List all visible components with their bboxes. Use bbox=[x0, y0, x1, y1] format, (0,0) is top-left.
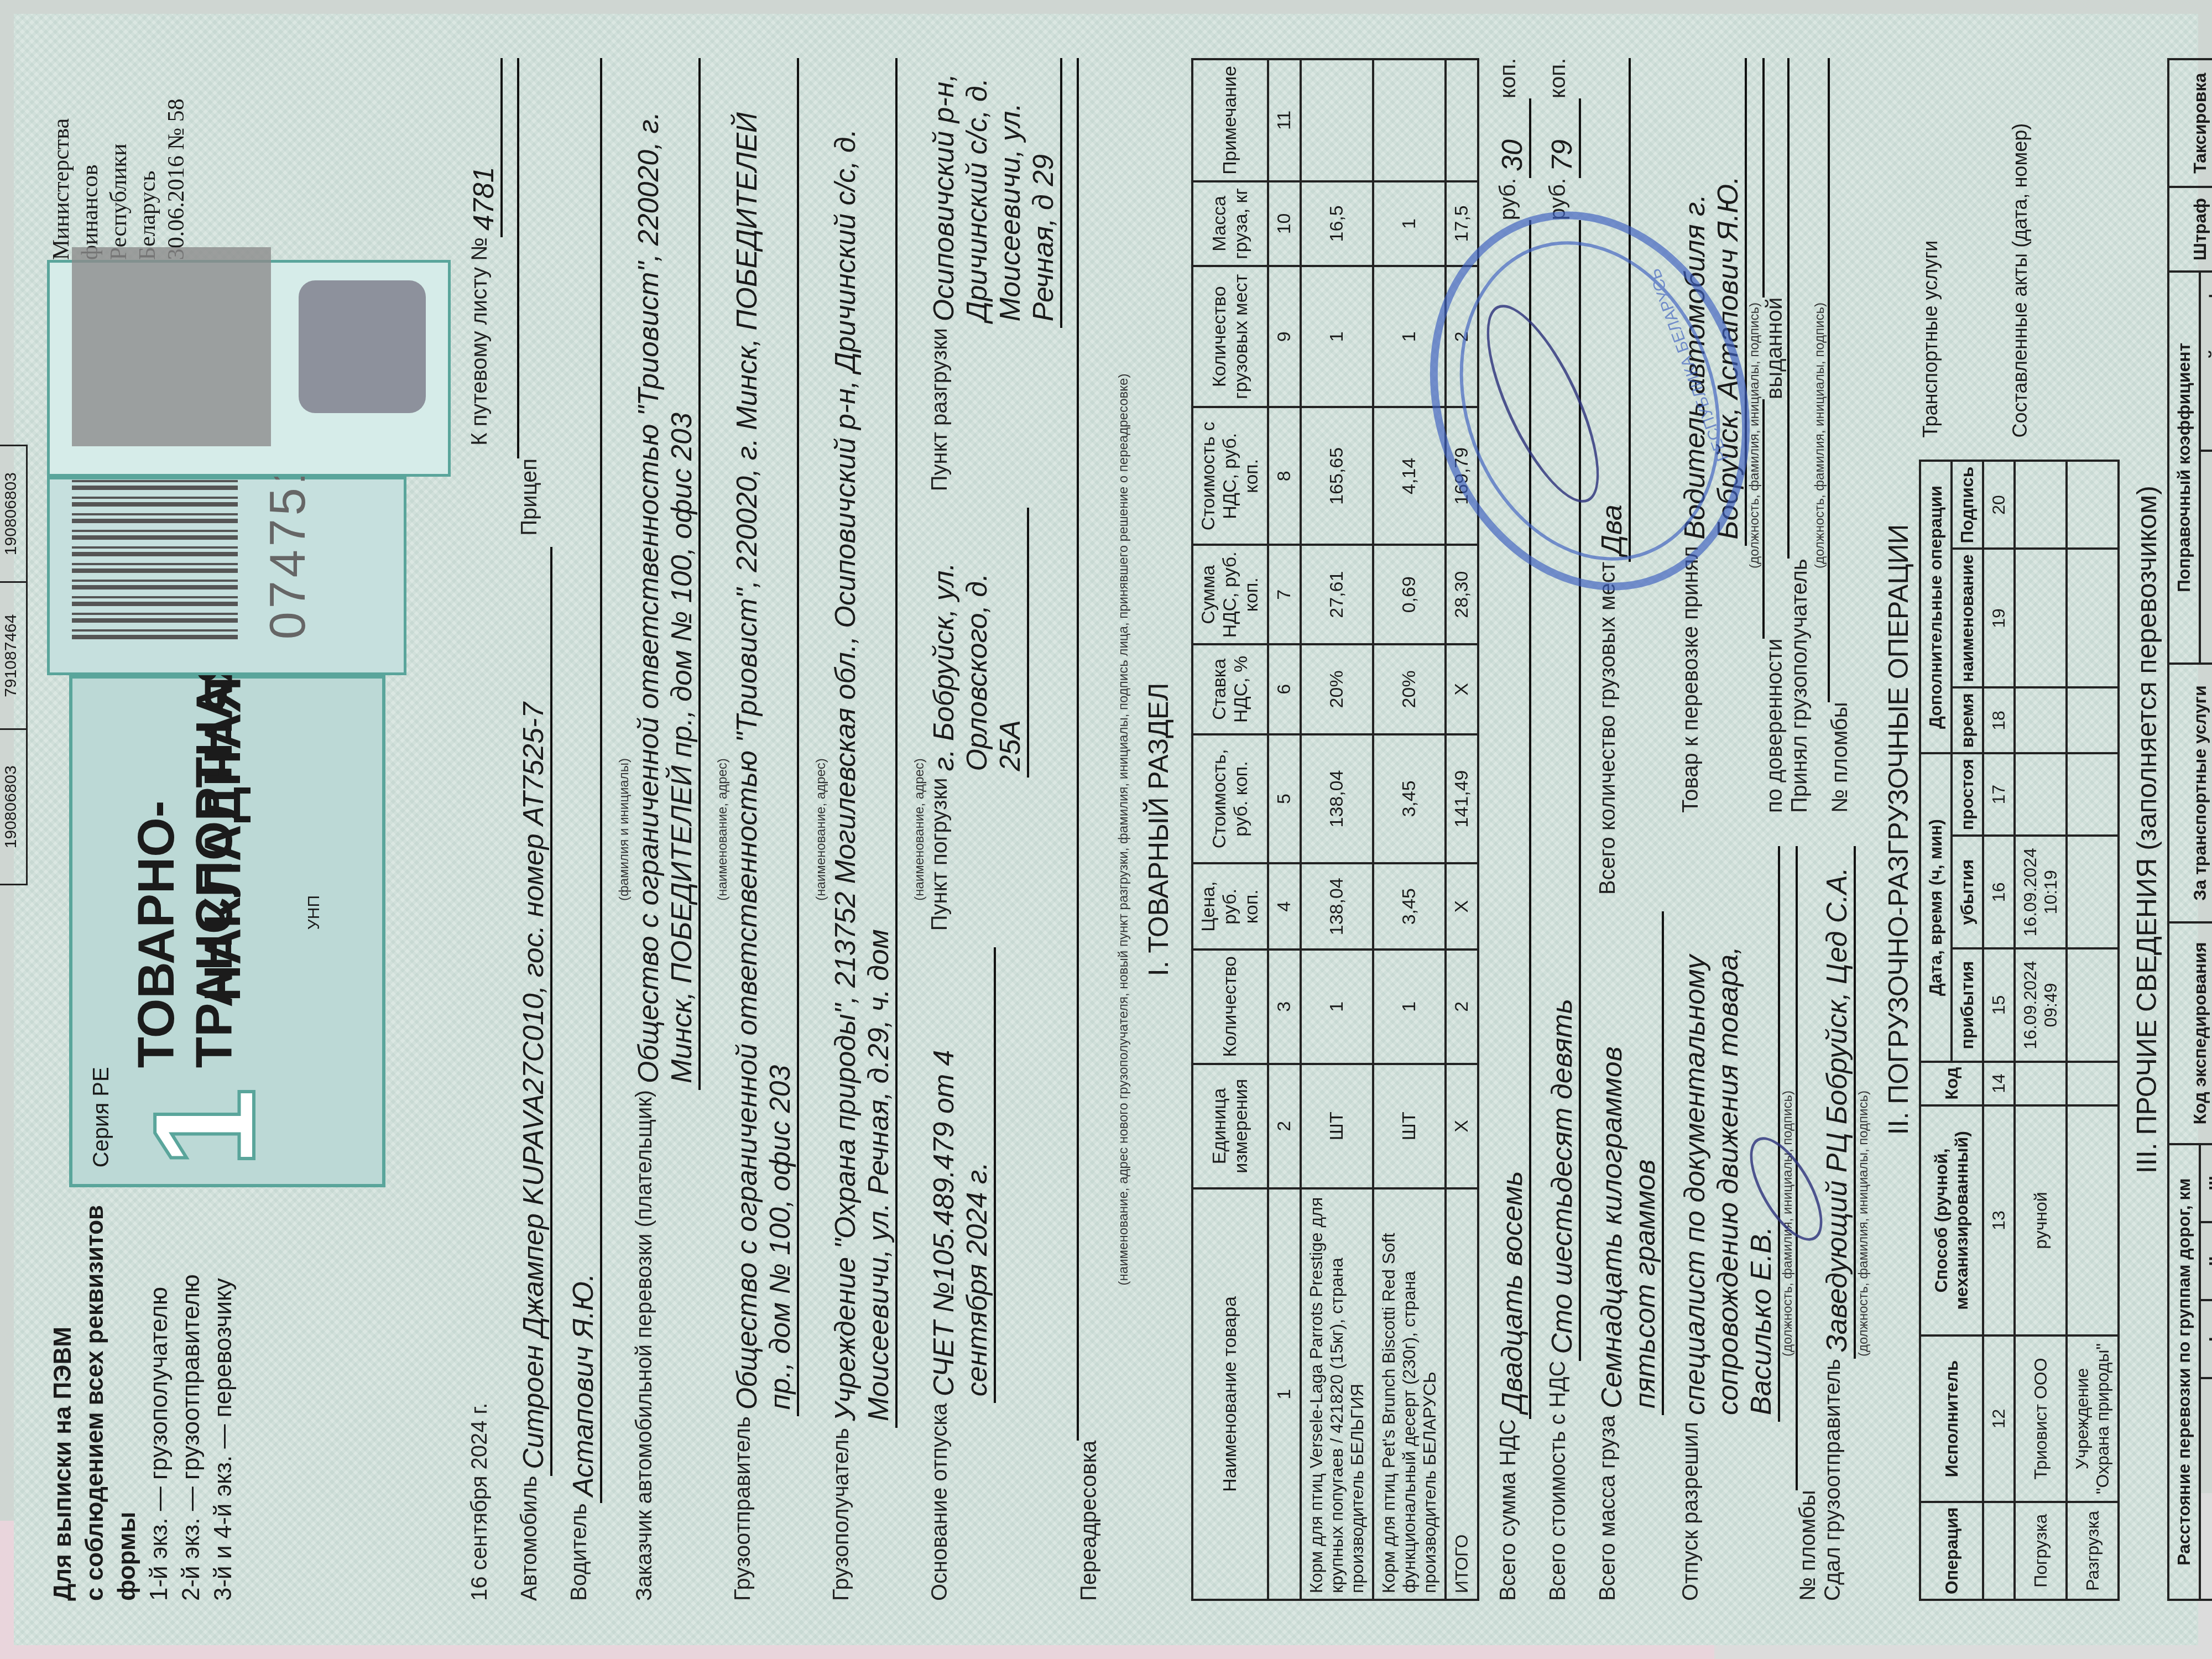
copy-note-2: 2-й экз. — грузоотправителю bbox=[175, 1187, 207, 1601]
goods-vat-sum: 0,69 bbox=[1373, 545, 1446, 644]
goods-col-number: 10 bbox=[1268, 181, 1301, 266]
release-value: специалист по документальному сопровожде… bbox=[1678, 846, 1780, 1422]
fine-header: Штраф bbox=[2168, 187, 2212, 271]
ops-time-header: время bbox=[1952, 687, 1983, 753]
goods-note bbox=[1373, 59, 1446, 181]
trailer-label: Прицеп bbox=[517, 458, 542, 536]
driver-rates-header: расценки водителю bbox=[2200, 451, 2212, 664]
vat-kop-label: коп. bbox=[1496, 58, 1521, 98]
total-cost: 141,49 bbox=[1446, 734, 1478, 864]
goods-col-header: Цена, руб. коп. bbox=[1192, 863, 1268, 950]
barcode-box: 0747517 bbox=[47, 477, 406, 675]
ops-time bbox=[2015, 687, 2067, 753]
series-label: Серия РЕ bbox=[89, 1067, 114, 1167]
ops-method-header: Способ (ручной, механизированный) bbox=[1920, 1105, 1983, 1336]
vat-kop-value: 30 bbox=[1496, 98, 1531, 178]
copy-note-3: 3-й и 4-й экз. — перевозчику bbox=[207, 1187, 239, 1601]
basis-value: СЧЕТ №105.489.479 от 4 сентября 2024 г. bbox=[927, 947, 996, 1403]
goods-note bbox=[1301, 59, 1373, 181]
readdress-label: Переадресовка bbox=[1077, 1441, 1102, 1601]
ops-section-title: II. ПОГРУЗОЧНО-РАЗГРУЗОЧНЫЕ ОПЕРАЦИИ bbox=[1882, 58, 1914, 1601]
customer-hint: (наименование, адрес) bbox=[715, 58, 731, 1601]
ops-signature-header: Подпись bbox=[1952, 461, 1983, 549]
copy-number: 1 bbox=[122, 1088, 288, 1168]
ops-departure-header: убытия bbox=[1952, 836, 1983, 948]
goods-col-header: Количество bbox=[1192, 950, 1268, 1064]
goods-price: 138,04 bbox=[1301, 863, 1373, 950]
unp-customer-value: 190806803 bbox=[0, 445, 27, 582]
unloading-point-label: Пункт разгрузки bbox=[927, 328, 952, 491]
goods-name: Корм для птиц Versele-Laga Parrots Prest… bbox=[1301, 1188, 1373, 1600]
shipper-label: Грузоотправитель bbox=[731, 1416, 755, 1601]
ops-arrival-header: прибытия bbox=[1952, 948, 1983, 1061]
release-label: Отпуск разрешил bbox=[1678, 1422, 1703, 1601]
goods-col-number: 2 bbox=[1268, 1064, 1301, 1188]
goods-col-header: Стоимость, руб. коп. bbox=[1192, 734, 1268, 864]
consignee-hint: (наименование, адрес) bbox=[912, 58, 927, 1601]
goods-col-number: 4 bbox=[1268, 863, 1301, 950]
goods-col-number: 9 bbox=[1268, 266, 1301, 407]
goods-col-header: Примечание bbox=[1192, 59, 1268, 181]
total-vat-rate: X bbox=[1446, 644, 1478, 734]
goods-table: Наименование товараЕдиница измеренияКоли… bbox=[1191, 58, 1479, 1601]
total-places-label: Всего количество грузовых мест bbox=[1595, 562, 1620, 895]
security-elements bbox=[47, 260, 451, 477]
goods-vat-rate: 20% bbox=[1301, 644, 1373, 734]
ops-executor: Учреждение "Охрана природы" bbox=[2067, 1335, 2119, 1501]
seal-label: № пломбы bbox=[1796, 1490, 1820, 1601]
ops-row: ПогрузкаТриовист ОООручной16.09.2024 09:… bbox=[2015, 461, 2067, 1600]
goods-col-number: 5 bbox=[1268, 734, 1301, 864]
received-value bbox=[1787, 58, 1790, 559]
goods-name: Корм для птиц Pet's Brunch Biscotti Red … bbox=[1373, 1188, 1446, 1600]
ops-col-number: 18 bbox=[1983, 687, 2015, 753]
ops-name bbox=[2015, 549, 2067, 687]
vat-total-label: Всего сумма НДС bbox=[1496, 1419, 1521, 1601]
title-box: Серия РЕ 1 ТОВАРНО-ТРАНСПОРТНАЯ НАКЛАДНА… bbox=[69, 675, 385, 1187]
ops-executor: Триовист ООО bbox=[2015, 1335, 2067, 1501]
ops-row: РазгрузкаУчреждение "Охрана природы" bbox=[2067, 461, 2119, 1600]
ops-name bbox=[2067, 549, 2119, 687]
waybill-number: 4781 bbox=[467, 58, 503, 237]
ops-code bbox=[2067, 1062, 2119, 1105]
distance-city: в городе bbox=[2200, 1378, 2212, 1600]
goods-row: Корм для птиц Versele-Laga Parrots Prest… bbox=[1301, 59, 1373, 1600]
other-section-title: III. ПРОЧИЕ СВЕДЕНИЯ (заполняется перево… bbox=[2131, 58, 2163, 1601]
goods-qty: 1 bbox=[1301, 950, 1373, 1064]
driver-value: Астапович Я.Ю. bbox=[567, 58, 602, 1503]
goods-vat-sum: 27,61 bbox=[1301, 545, 1373, 644]
distance-group-3: III bbox=[2200, 1144, 2212, 1222]
ops-name-header: наименование bbox=[1952, 549, 1983, 687]
total-kop-label: коп. bbox=[1546, 58, 1571, 98]
goods-col-header: Масса груза, кг bbox=[1192, 181, 1268, 266]
total-qty: 2 bbox=[1446, 950, 1478, 1064]
goods-unit: ШТ bbox=[1373, 1064, 1446, 1188]
received-label: Принял грузополучатель bbox=[1787, 559, 1812, 813]
total-vat-sum: 28,30 bbox=[1446, 545, 1478, 644]
total-unit: X bbox=[1446, 1064, 1478, 1188]
goods-col-header: Единица измерения bbox=[1192, 1064, 1268, 1188]
ops-arrival: 16.09.2024 09:49 bbox=[2015, 948, 2067, 1061]
poa-label: по доверенности bbox=[1762, 639, 1787, 813]
goods-qty: 1 bbox=[1373, 950, 1446, 1064]
goods-cost-with-vat: 4,14 bbox=[1373, 407, 1446, 545]
total-with-vat-label: Всего стоимость с НДС bbox=[1546, 1361, 1571, 1601]
total-price: X bbox=[1446, 863, 1478, 950]
waybill-form: Для выписки на ПЭВМ с соблюдением всех р… bbox=[14, 14, 2198, 1645]
ops-departure bbox=[2067, 836, 2119, 948]
goods-section-title: I. ТОВАРНЫЙ РАЗДЕЛ bbox=[1142, 58, 1175, 1601]
shipper-hint: (наименование, адрес) bbox=[813, 58, 829, 1601]
vehicle-label: Автомобиль bbox=[517, 1476, 542, 1601]
goods-col-header: Количество грузовых мест bbox=[1192, 266, 1268, 407]
driver-label: Водитель bbox=[567, 1503, 592, 1601]
ops-col-number: 13 bbox=[1983, 1105, 2015, 1336]
print-notes: Для выписки на ПЭВМ с соблюдением всех р… bbox=[47, 1187, 445, 1601]
ops-op: Погрузка bbox=[2015, 1502, 2067, 1600]
transport-services-label: Транспортные услуги bbox=[1919, 58, 1942, 438]
handed-value: Заведующий РЦ Бобруйск, Цед С.А. bbox=[1820, 846, 1856, 1359]
form-header: Для выписки на ПЭВМ с соблюдением всех р… bbox=[47, 58, 445, 1601]
goods-total-label: ИТОГО bbox=[1446, 1188, 1478, 1600]
goods-col-header: Стоимость с НДС, руб. коп. bbox=[1192, 407, 1268, 545]
waybill-label: К путевому листу № bbox=[467, 237, 492, 446]
unp-label: УНП bbox=[305, 895, 324, 930]
goods-col-number: 1 bbox=[1268, 1188, 1301, 1600]
barcode-icon bbox=[72, 473, 238, 639]
driver-hint: (фамилия и инициалы) bbox=[617, 58, 632, 1601]
distance-group-2: II bbox=[2200, 1222, 2212, 1300]
seal2-value bbox=[1828, 58, 1830, 702]
poa-issued-label: выданной bbox=[1762, 298, 1787, 399]
consignee-value: Учреждение "Охрана природы", 213752 Моги… bbox=[829, 58, 898, 1428]
customer-value: Общество с ограниченной ответственностью… bbox=[632, 58, 701, 1090]
total-kop-value: 79 bbox=[1546, 98, 1581, 178]
handed-label: Сдал грузоотправитель bbox=[1820, 1359, 1845, 1601]
goods-cost-with-vat: 165,65 bbox=[1301, 407, 1373, 545]
vehicle-value: Ситроен Джампер KUPAVA27C010, гос. номер… bbox=[517, 547, 552, 1476]
total-note bbox=[1446, 59, 1478, 181]
ops-arrival bbox=[2067, 948, 2119, 1061]
goods-col-number: 6 bbox=[1268, 644, 1301, 734]
document-title-line2: НАКЛАДНАЯ bbox=[194, 676, 252, 1001]
received-hint: (должность, фамилия, инициалы, подпись) bbox=[1812, 58, 1828, 813]
ops-col-number: 12 bbox=[1983, 1335, 2015, 1501]
goods-col-number: 7 bbox=[1268, 545, 1301, 644]
ops-col-number: 20 bbox=[1983, 461, 2015, 549]
shipper-value: Общество с ограниченной ответственностью… bbox=[731, 58, 799, 1416]
ops-col-number: 14 bbox=[1983, 1062, 2015, 1105]
security-pattern-icon bbox=[72, 247, 271, 446]
goods-col-header: Ставка НДС, % bbox=[1192, 644, 1268, 734]
ops-extra-header: Дополнительные операции bbox=[1920, 461, 1952, 754]
unloading-point-value: Осиповичский р-н, Дричинский с/с, д. Мои… bbox=[927, 58, 1062, 328]
trailer-value bbox=[517, 58, 519, 458]
distance-group-1: I bbox=[2200, 1300, 2212, 1378]
goods-col-header: Наименование товара bbox=[1192, 1188, 1268, 1600]
ministry-line1: Министерства финансов bbox=[47, 58, 105, 260]
distance-header: Расстояние перевозки по группам дорог, к… bbox=[2168, 1144, 2200, 1600]
ops-table: Операция Исполнитель Способ (ручной, мех… bbox=[1919, 460, 2120, 1601]
acts-label: Составленные акты (дата, номер) bbox=[2008, 58, 2032, 438]
signature-block: Отпуск разрешил специалист по документал… bbox=[1678, 58, 1871, 1601]
seal2-label: № пломбы bbox=[1828, 702, 1853, 813]
readdress-hint: (наименование, адрес нового грузополучат… bbox=[1116, 58, 1131, 1601]
goods-vat-rate: 20% bbox=[1373, 644, 1446, 734]
ops-method bbox=[2067, 1105, 2119, 1336]
print-note-line1: Для выписки на ПЭВМ bbox=[49, 1327, 76, 1601]
ops-signature bbox=[2015, 461, 2067, 549]
transport-services-header: За транспортные услуги bbox=[2168, 664, 2212, 922]
total-mass-label: Всего масса груза bbox=[1595, 1415, 1620, 1601]
goods-mass: 1 bbox=[1373, 181, 1446, 266]
poa-issued-value bbox=[1762, 58, 1765, 298]
goods-cost: 138,04 bbox=[1301, 734, 1373, 864]
other-info-table: Расстояние перевозки по группам дорог, к… bbox=[2167, 58, 2212, 1601]
exp-code-header: Код экспедирования bbox=[2168, 922, 2212, 1144]
goods-row: Корм для птиц Pet's Brunch Biscotti Red … bbox=[1373, 59, 1446, 1600]
poa-number-value bbox=[1762, 399, 1765, 639]
vat-rub-label: руб. bbox=[1496, 178, 1521, 220]
unp-shipper-value: 190806803 bbox=[0, 729, 27, 884]
ops-idle bbox=[2015, 753, 2067, 836]
ops-col-number: 16 bbox=[1983, 836, 2015, 948]
unp-consignee-value: 791087464 bbox=[0, 582, 27, 729]
consignee-label: Грузополучатель bbox=[829, 1428, 854, 1601]
ops-signature bbox=[2067, 461, 2119, 549]
ops-op: Разгрузка bbox=[2067, 1502, 2119, 1600]
ops-method: ручной bbox=[2015, 1105, 2067, 1336]
coef-header: Поправочный коэффициент bbox=[2168, 272, 2200, 664]
document-date: 16 сентября 2024 г. bbox=[467, 1403, 492, 1601]
basis-label: Основание отпуска bbox=[927, 1403, 952, 1601]
ops-code bbox=[2015, 1062, 2067, 1105]
goods-col-number: 3 bbox=[1268, 950, 1301, 1064]
goods-col-number: 11 bbox=[1268, 59, 1301, 181]
unp-table: Грузоотправитель Грузополучатель Заказчи… bbox=[0, 445, 28, 885]
ops-col-number bbox=[1983, 1502, 2015, 1600]
ops-col-number: 17 bbox=[1983, 753, 2015, 836]
ops-op-header: Операция bbox=[1920, 1502, 1983, 1600]
ministry-line3: 30.06.2016 № 58 bbox=[162, 58, 191, 260]
readdress-value bbox=[1077, 58, 1079, 1441]
copy-note-1: 1-й экз. — грузополучателю bbox=[143, 1187, 175, 1601]
ops-code-header: Код bbox=[1920, 1062, 1983, 1105]
loading-point-value: г. Бобруйск, ул. Орловского, д. 25А bbox=[927, 508, 1029, 778]
handed-hint: (должность, фамилия, инициалы, подпись) bbox=[1856, 846, 1871, 1601]
ops-datetime-header: Дата, время (ч, мин) bbox=[1920, 753, 1952, 1061]
transport-fields: 16 сентября 2024 г. К путевому листу № 4… bbox=[467, 58, 1131, 1601]
taxation-label: Таксировка bbox=[2168, 59, 2212, 187]
ops-executor-header: Исполнитель bbox=[1920, 1335, 1983, 1501]
goods-col-header: Сумма НДС, руб. коп. bbox=[1192, 545, 1268, 644]
hologram-icon bbox=[299, 280, 426, 413]
ops-time bbox=[2067, 687, 2119, 753]
ops-idle bbox=[2067, 753, 2119, 836]
base-tariff-header: основной тариф bbox=[2200, 272, 2212, 451]
customer-label: Заказчик автомобильной перевозки (плател… bbox=[632, 1090, 657, 1601]
goods-price: 3,45 bbox=[1373, 863, 1446, 950]
loading-point-label: Пункт погрузки bbox=[927, 778, 952, 931]
accepted-label: Товар к перевозке принял bbox=[1678, 546, 1703, 813]
total-mass-words: Семнадцать килограммов пятьсот граммов bbox=[1595, 911, 1664, 1415]
goods-cost: 3,45 bbox=[1373, 734, 1446, 864]
goods-mass: 16,5 bbox=[1301, 181, 1373, 266]
ministry-note: Министерства финансов Республики Беларус… bbox=[47, 58, 445, 260]
ministry-line2: Республики Беларусь bbox=[105, 58, 162, 260]
ops-idle-header: простоя bbox=[1952, 753, 1983, 836]
ops-col-number: 15 bbox=[1983, 948, 2015, 1061]
goods-col-number: 8 bbox=[1268, 407, 1301, 545]
ops-departure: 16.09.2024 10:19 bbox=[2015, 836, 2067, 948]
goods-places: 1 bbox=[1301, 266, 1373, 407]
ops-col-number: 19 bbox=[1983, 549, 2015, 687]
goods-unit: ШТ bbox=[1301, 1064, 1373, 1188]
print-note-line2: с соблюдением всех реквизитов формы bbox=[81, 1205, 140, 1601]
